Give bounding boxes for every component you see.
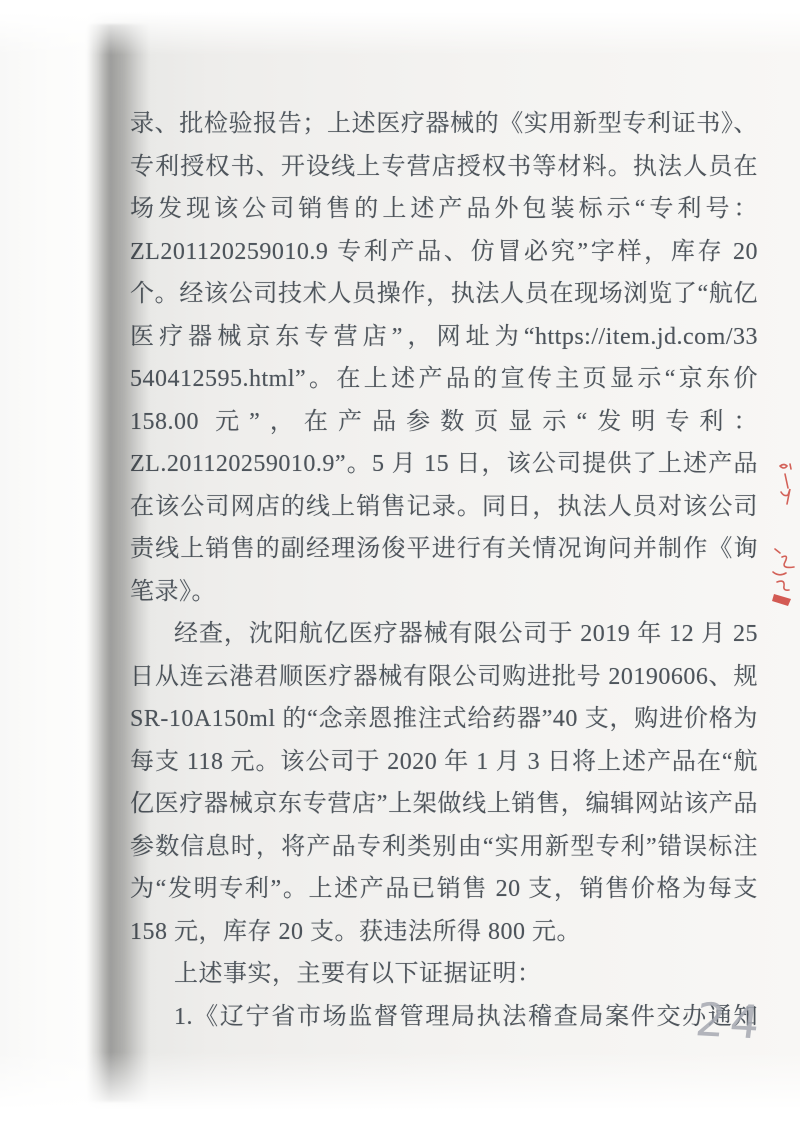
scanned-document-page: 录、批检验报告；上述医疗器械的《实用新型专利证书》、专利授权书、开设线上专营店授… — [0, 0, 800, 1124]
document-line: 专利授权书、开设线上专营店授权书等材料。执法人员在现 — [130, 146, 758, 189]
document-line: 医疗器械京东专营店”，网址为“https://item.jd.com/33 — [130, 316, 758, 359]
document-line: 上述事实，主要有以下证据证明： — [130, 953, 758, 996]
document-line: 158.00 元”，在产品参数页显示“发明专利： — [130, 401, 758, 444]
document-line: 在该公司网店的线上销售记录。同日，执法人员对该公司负 — [130, 486, 758, 529]
red-pen-mark-lower — [770, 546, 796, 606]
document-line: 个。经该公司技术人员操作，执法人员在现场浏览了“航亿 — [130, 273, 758, 316]
document-line: 158 元，库存 20 支。获违法所得 800 元。 — [130, 911, 758, 954]
document-line: 责线上销售的副经理汤俊平进行有关情况询问并制作《询问 — [130, 528, 758, 571]
document-line: 540412595.html”。在上述产品的宣传主页显示“京东价 — [130, 358, 758, 401]
document-line: 1.《辽宁省市场监督管理局执法稽查局案件交办通知 — [130, 996, 758, 1039]
document-line: 场发现该公司销售的上述产品外包装标示“专利号： — [130, 188, 758, 231]
document-line: 亿医疗器械京东专营店”上架做线上销售，编辑网站该产品 — [130, 783, 758, 826]
document-line: 每支 118 元。该公司于 2020 年 1 月 3 日将上述产品在“航 — [130, 741, 758, 784]
document-line: ZL201120259010.9 专利产品、仿冒必究”字样，库存 20 — [130, 231, 758, 274]
document-line: 经查，沈阳航亿医疗器械有限公司于 2019 年 12 月 25 — [130, 613, 758, 656]
document-line: 日从连云港君顺医疗器械有限公司购进批号 20190606、规格 — [130, 656, 758, 699]
document-line: SR-10A150ml 的“念亲恩推注式给药器”40 支，购进价格为 — [130, 698, 758, 741]
red-pen-mark-upper — [776, 462, 798, 506]
document-line: 笔录》。 — [130, 571, 758, 614]
document-line: 录、批检验报告；上述医疗器械的《实用新型专利证书》、 — [130, 103, 758, 146]
document-line: ZL.201120259010.9”。5 月 15 日，该公司提供了上述产品 — [130, 443, 758, 486]
document-line: 为“发明专利”。上述产品已销售 20 支，销售价格为每支 — [130, 868, 758, 911]
pencil-page-number: 24 — [693, 992, 768, 1049]
document-line: 参数信息时，将产品专利类别由“实用新型专利”错误标注 — [130, 826, 758, 869]
document-text: 录、批检验报告；上述医疗器械的《实用新型专利证书》、专利授权书、开设线上专营店授… — [130, 103, 758, 1038]
